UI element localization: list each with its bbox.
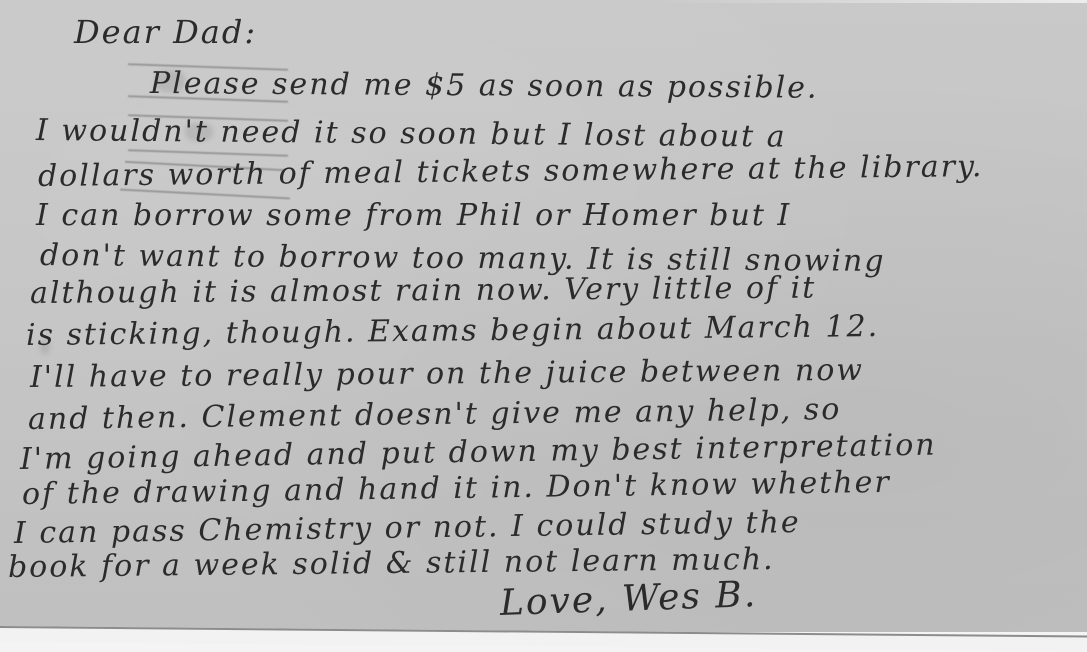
letter-line: dollars worth of meal tickets somewhere …: [38, 149, 984, 195]
handwritten-letter: Dear Dad: Please send me $5 as soon as p…: [0, 0, 1087, 640]
letter-line: I'll have to really pour on the juice be…: [30, 353, 864, 396]
letter-line: Please send me $5 as soon as possible.: [150, 66, 819, 107]
letter-salutation: Dear Dad:: [74, 14, 257, 50]
letter-line: although it is almost rain now. Very lit…: [30, 271, 817, 312]
letter-line: I can borrow some from Phil or Homer but…: [36, 198, 791, 234]
letter-line: is sticking, though. Exams begin about M…: [26, 309, 880, 354]
letter-signature: Love, Wes B.: [499, 577, 757, 622]
letter-line: I wouldn't need it so soon but I lost ab…: [36, 113, 787, 156]
